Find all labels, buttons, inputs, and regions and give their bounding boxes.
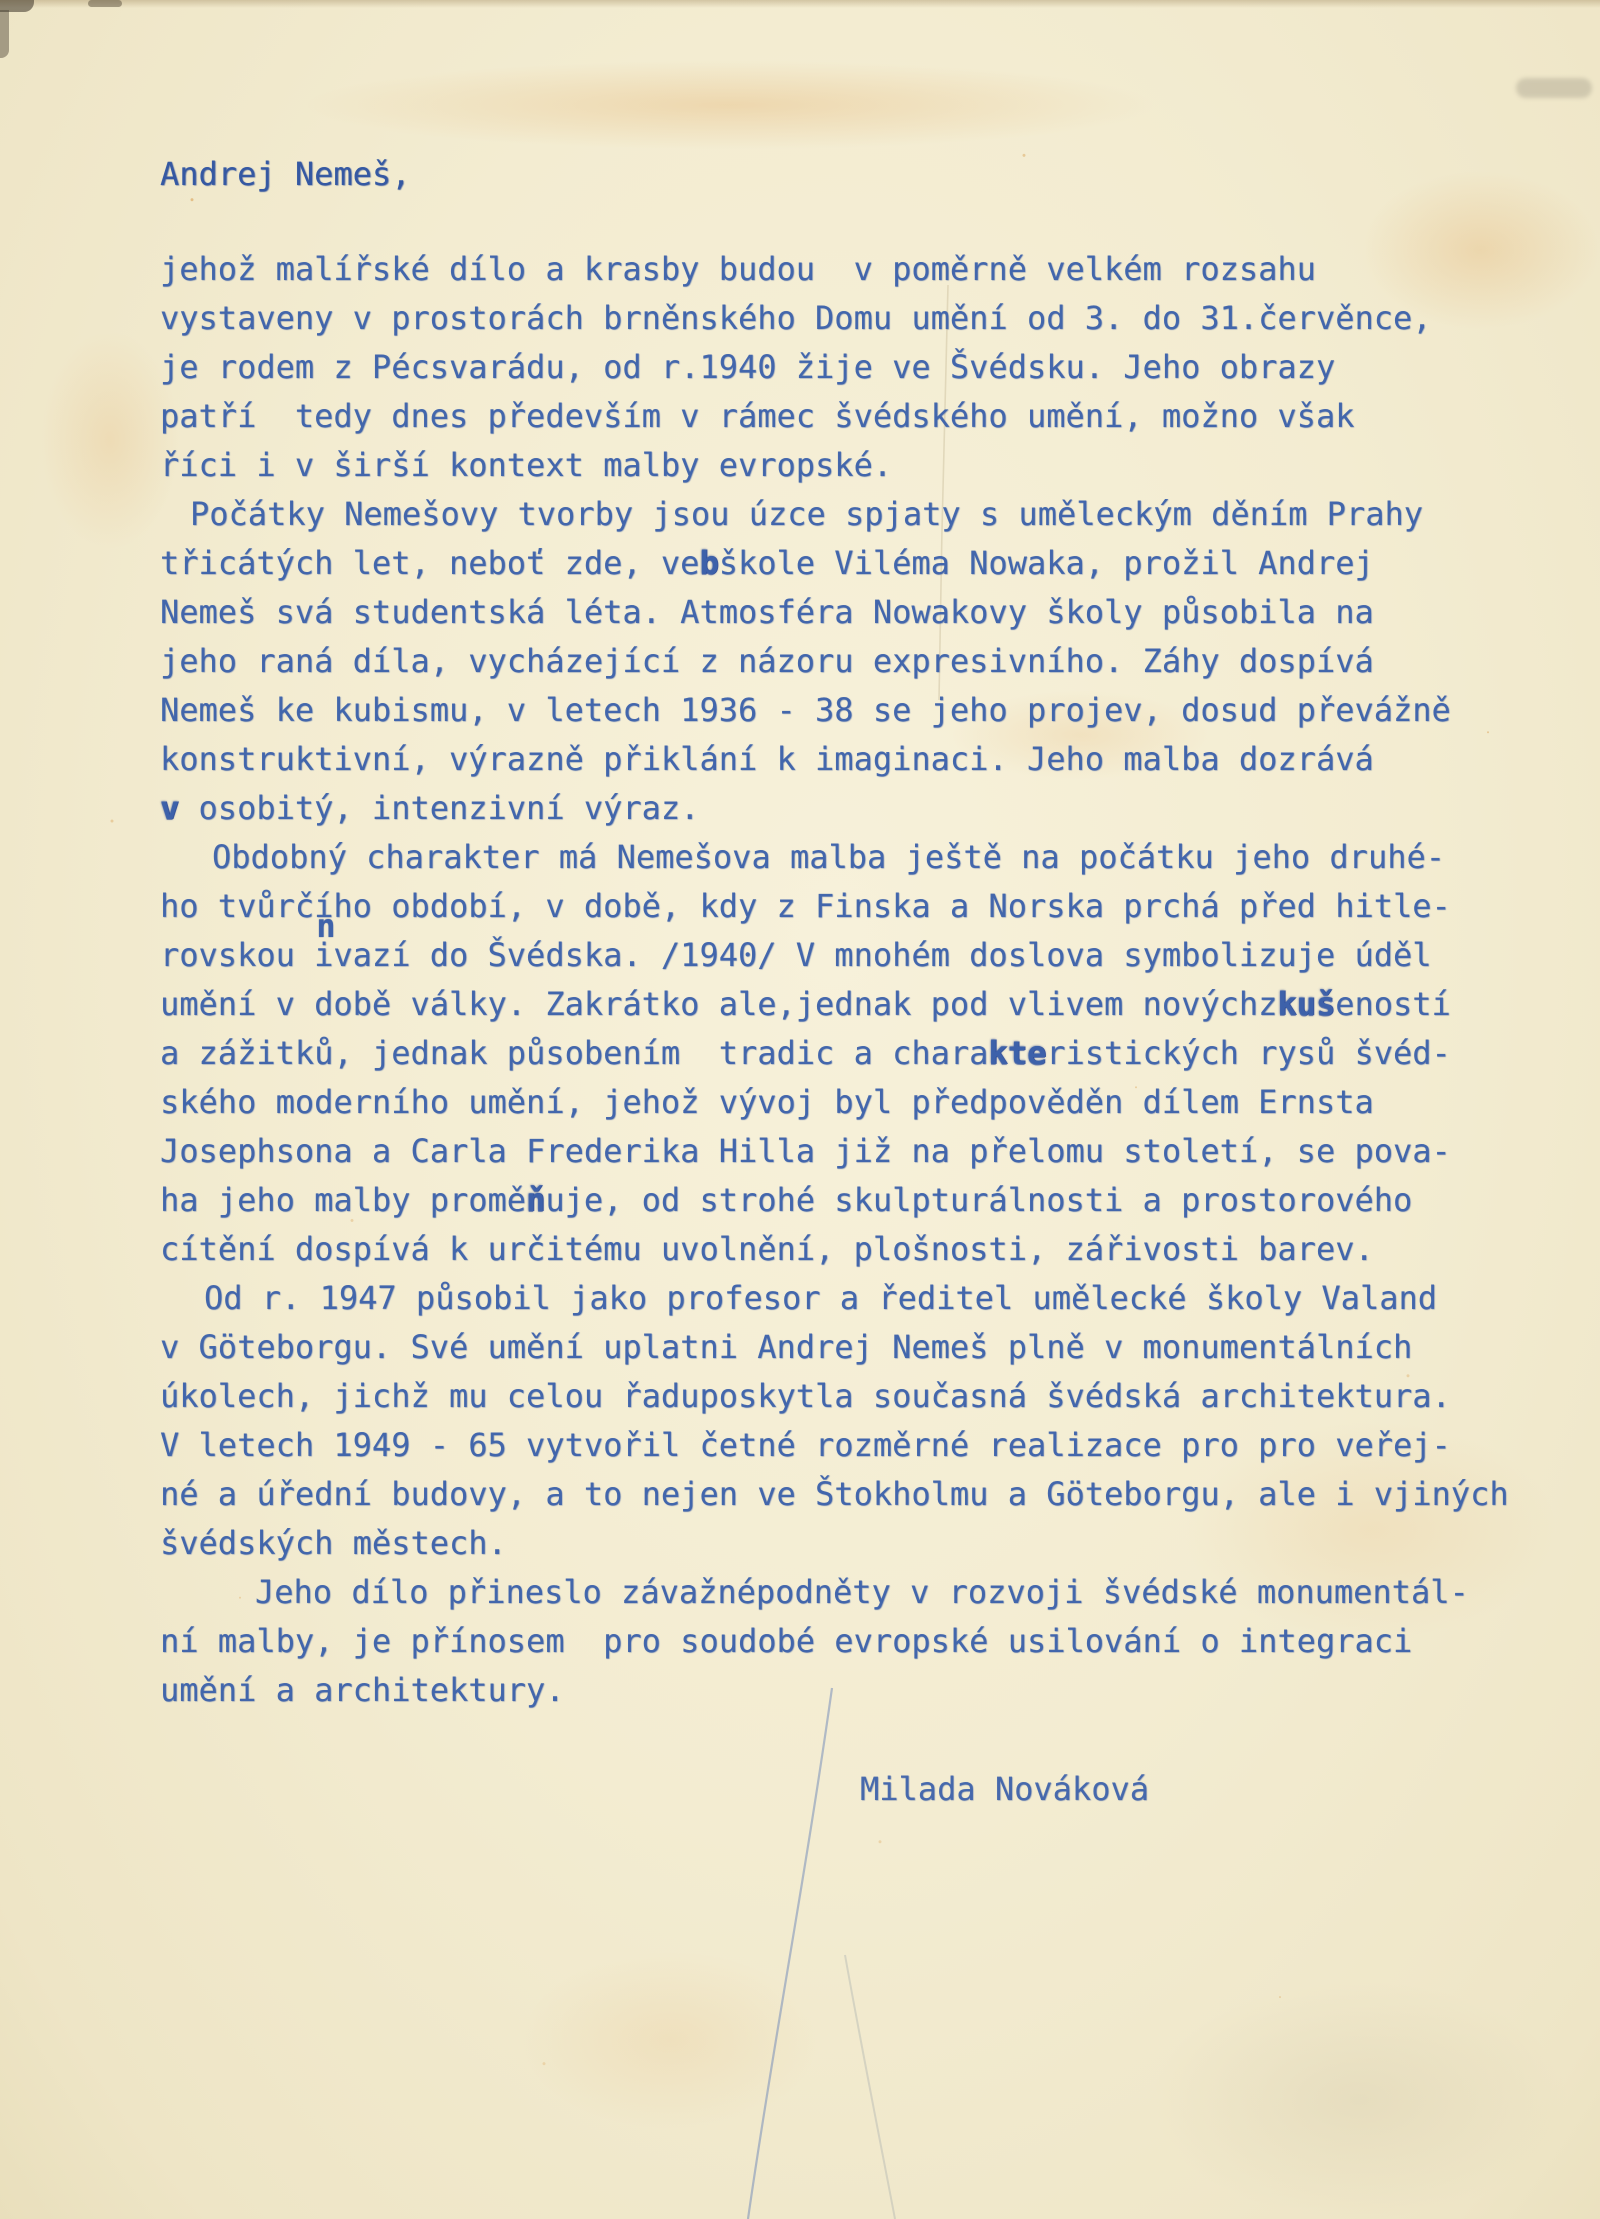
overstrike-text: b: [699, 544, 718, 582]
text-line: Josephsona a Carla Frederika Hilla již n…: [160, 1127, 1560, 1176]
text-run: Počátky Nemešovy tvorby jsou úzce spjaty…: [190, 495, 1423, 533]
text-line: je rodem z Pécsvarádu, od r.1940 žije ve…: [160, 343, 1560, 392]
text-line: konstruktivní, výrazně přiklání k imagin…: [160, 735, 1560, 784]
text-run: úkolech, jichž mu celou řaduposkytla sou…: [160, 1377, 1451, 1415]
scan-edge-shadow: [0, 0, 1600, 8]
text-line: jeho raná díla, vycházející z názoru exp…: [160, 637, 1560, 686]
paragraph: Počátky Nemešovy tvorby jsou úzce spjaty…: [160, 490, 1560, 833]
text-run: jeho raná díla, vycházející z názoru exp…: [160, 642, 1374, 680]
text-run: umění v době války. Zakrátko ale,jednak …: [160, 985, 1277, 1023]
overstrike-text: v: [160, 789, 179, 827]
text-line: vystaveny v prostorách brněnského Domu u…: [160, 294, 1560, 343]
text-run: ho tvůrčí: [160, 887, 333, 925]
text-line: Počátky Nemešovy tvorby jsou úzce spjaty…: [160, 490, 1560, 539]
text-line: Obdobný charakter má Nemešova malba ješt…: [160, 833, 1560, 882]
typewritten-text: Andrej Nemeš, jehož malířské dílo a kras…: [160, 150, 1560, 1814]
text-line: švédských městech.: [160, 1519, 1560, 1568]
overstrike-text: kte: [988, 1034, 1046, 1072]
scan-edge-mark: [0, 10, 9, 58]
paragraphs: jehož malířské dílo a krasby budou v pom…: [160, 245, 1560, 1715]
text-line: ského moderního umění, jehož vývoj byl p…: [160, 1078, 1560, 1127]
text-run: ní malby, je přínosem pro soudobé evrops…: [160, 1622, 1412, 1660]
overstrike-text: ň: [526, 1181, 545, 1219]
text-run: cítění dospívá k určitému uvolnění, ploš…: [160, 1230, 1374, 1268]
text-line: ho tvůrčínho období, v době, kdy z Finsk…: [160, 882, 1560, 931]
text-line: třicátých let, neboť zde, vebškole Vilém…: [160, 539, 1560, 588]
document-page: Andrej Nemeš, jehož malířské dílo a kras…: [0, 0, 1600, 2219]
text-run: ha jeho malby promě: [160, 1181, 526, 1219]
text-run: Obdobný charakter má Nemešova malba ješt…: [212, 838, 1445, 876]
text-line: rovskou ivazí do Švédska. /1940/ V mnohé…: [160, 931, 1560, 980]
text-run: je rodem z Pécsvarádu, od r.1940 žije ve…: [160, 348, 1335, 386]
paper-stain: [40, 330, 180, 550]
text-line: patří tedy dnes především v rámec švédsk…: [160, 392, 1560, 441]
text-run: Josephsona a Carla Frederika Hilla již n…: [160, 1132, 1451, 1170]
text-line: ní malby, je přínosem pro soudobé evrops…: [160, 1617, 1560, 1666]
text-run: osobitý, intenzivní výraz.: [179, 789, 699, 827]
paragraph: Od r. 1947 působil jako profesor a ředit…: [160, 1274, 1560, 1568]
text-run: ského moderního umění, jehož vývoj byl p…: [160, 1083, 1374, 1121]
text-run: Nemeš ke kubismu, v letech 1936 - 38 se …: [160, 691, 1451, 729]
text-line: a zážitků, jednak působením tradic a cha…: [160, 1029, 1560, 1078]
text-run: Od r. 1947 působil jako profesor a ředit…: [204, 1279, 1437, 1317]
paragraph: Jeho dílo přineslo závažnépodněty v rozv…: [160, 1568, 1560, 1715]
text-line: Od r. 1947 působil jako profesor a ředit…: [160, 1274, 1560, 1323]
crease-line: [845, 1955, 895, 2219]
text-line: úkolech, jichž mu celou řaduposkytla sou…: [160, 1372, 1560, 1421]
paragraph: Obdobný charakter má Nemešova malba ješt…: [160, 833, 1560, 1274]
text-line: v Göteborgu. Své umění uplatni Andrej Ne…: [160, 1323, 1560, 1372]
text-line: Nemeš ke kubismu, v letech 1936 - 38 se …: [160, 686, 1560, 735]
text-run: rovskou ivazí do Švédska. /1940/ V mnohé…: [160, 936, 1432, 974]
overstrike-text: kuš: [1277, 985, 1335, 1023]
signature: Milada Nováková: [160, 1765, 1560, 1814]
text-run: patří tedy dnes především v rámec švédsk…: [160, 397, 1354, 435]
text-run: V letech 1949 - 65 vytvořil četné rozměr…: [160, 1426, 1451, 1464]
scan-edge-mark: [1516, 78, 1592, 98]
text-run: říci i v širší kontext malby evropské.: [160, 446, 892, 484]
text-run: švédských městech.: [160, 1524, 507, 1562]
text-line: umění v době války. Zakrátko ale,jednak …: [160, 980, 1560, 1029]
text-line: v osobitý, intenzivní výraz.: [160, 784, 1560, 833]
text-run: škole Viléma Nowaka, prožil Andrej: [719, 544, 1374, 582]
text-line: Jeho dílo přineslo závažnépodněty v rozv…: [160, 1568, 1560, 1617]
text-run: umění a architektury.: [160, 1671, 565, 1709]
text-run: třicátých let, neboť zde, ve: [160, 544, 699, 582]
text-run: vystaveny v prostorách brněnského Domu u…: [160, 299, 1432, 337]
text-line: umění a architektury.: [160, 1666, 1560, 1715]
text-line: Nemeš svá studentská léta. Atmosféra Now…: [160, 588, 1560, 637]
text-run: ho období, v době, kdy z Finska a Norska…: [333, 887, 1450, 925]
text-run: jehož malířské dílo a krasby budou v pom…: [160, 250, 1316, 288]
text-line: jehož malířské dílo a krasby budou v pom…: [160, 245, 1560, 294]
paper-stain: [1150, 1980, 1570, 2219]
text-run: a zážitků, jednak působením tradic a cha…: [160, 1034, 988, 1072]
text-run: Jeho dílo přineslo závažnépodněty v rozv…: [255, 1573, 1469, 1611]
text-run: v Göteborgu. Své umění uplatni Andrej Ne…: [160, 1328, 1412, 1366]
text-line: ha jeho malby proměňuje, od strohé skulp…: [160, 1176, 1560, 1225]
text-run: Nemeš svá studentská léta. Atmosféra Now…: [160, 593, 1374, 631]
paper-stain: [300, 60, 1160, 150]
paper-stain: [520, 1950, 820, 2130]
text-run: ristických rysů švéd-: [1046, 1034, 1451, 1072]
text-run: eností: [1335, 985, 1451, 1023]
text-run: né a úřední budovy, a to nejen ve Štokho…: [160, 1475, 1509, 1513]
text-line: říci i v širší kontext malby evropské.: [160, 441, 1560, 490]
text-line: cítění dospívá k určitému uvolnění, ploš…: [160, 1225, 1560, 1274]
text-line: V letech 1949 - 65 vytvořil četné rozměr…: [160, 1421, 1560, 1470]
text-run: konstruktivní, výrazně přiklání k imagin…: [160, 740, 1374, 778]
scan-edge-mark: [88, 0, 122, 7]
paragraph: jehož malířské dílo a krasby budou v pom…: [160, 245, 1560, 490]
text-run: uje, od strohé skulpturálnosti a prostor…: [545, 1181, 1412, 1219]
text-line: né a úřední budovy, a to nejen ve Štokho…: [160, 1470, 1560, 1519]
page-title: Andrej Nemeš,: [160, 150, 1560, 199]
